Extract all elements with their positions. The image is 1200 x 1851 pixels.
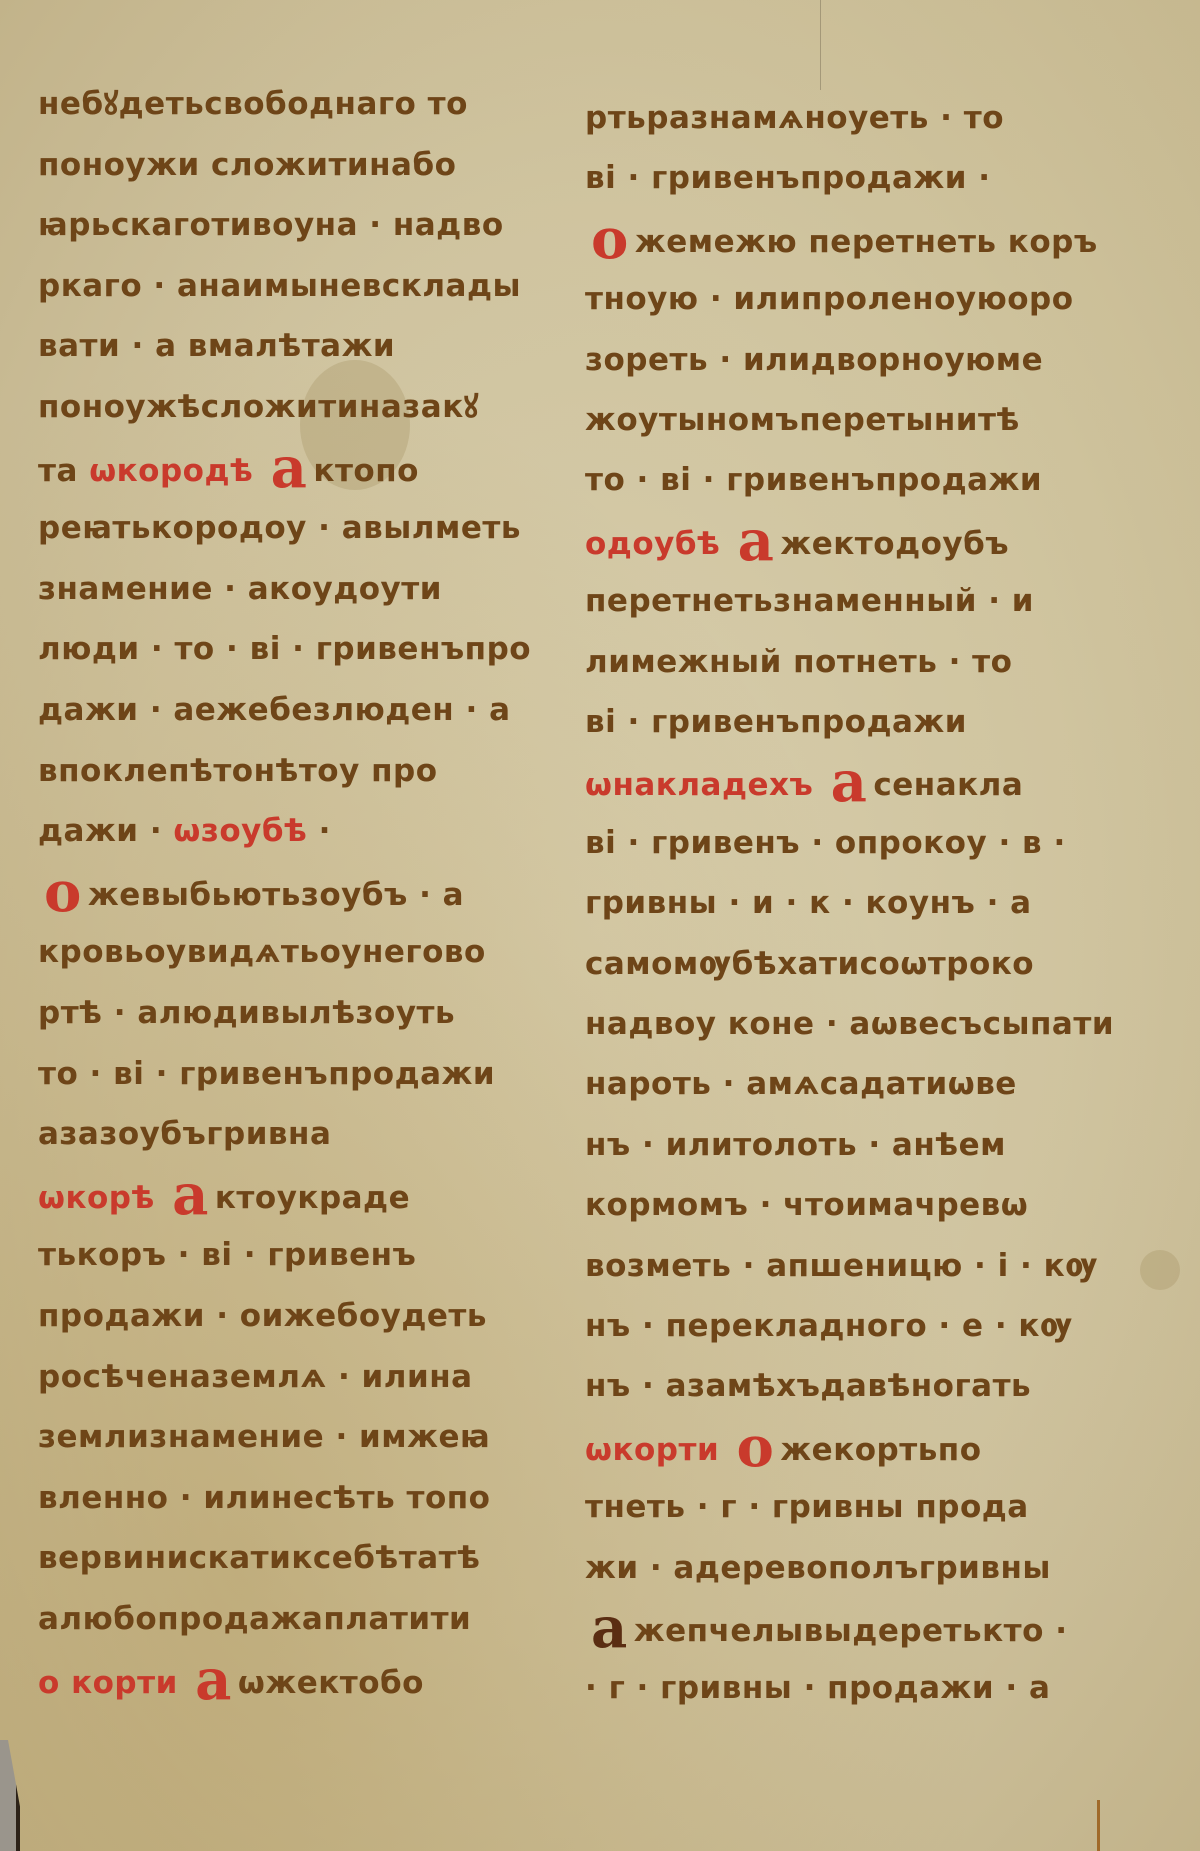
line-text: люди · то · ві · гривенъпро — [38, 631, 531, 667]
line-text: небꙋдетьсвободнаго то — [38, 86, 468, 122]
manuscript-line: алюбопродажаплатити — [38, 1599, 471, 1639]
manuscript-line: гривны · и · к · коунъ · а — [585, 883, 1032, 923]
line-text: сенакла — [873, 767, 1023, 803]
manuscript-line: зореть · илидворноуюме — [585, 340, 1043, 380]
manuscript-line: впоклепѣтонѣтоу про — [38, 751, 438, 791]
line-text: тноую · илипроленоуюоро — [585, 281, 1074, 317]
line-text: лимежный потнеть · то — [585, 644, 1012, 680]
line-text: дажи · — [38, 813, 162, 849]
manuscript-line: то · ві · гривенъпродажи — [38, 1054, 495, 1094]
manuscript-line: тнеть · г · гривны прода — [585, 1487, 1029, 1527]
line-text: жектодоубъ — [780, 526, 1009, 562]
line-text: надвоу коне · аѡвесъсыпати — [585, 1006, 1114, 1042]
manuscript-line: землизнамение · имжеꙗ — [38, 1417, 490, 1457]
manuscript-line: ѡнакладехъ Асенакла — [585, 762, 1023, 805]
line-text: жекортьпо — [780, 1432, 981, 1468]
line-text: росѣченаземлѧ · илина — [38, 1359, 473, 1395]
manuscript-line: поноужи сложитинабо — [38, 145, 456, 185]
manuscript-line: Ажепчелывыдеретькто · — [585, 1608, 1068, 1651]
line-text: нароть · амѧсадатиѡве — [585, 1066, 1017, 1102]
stain — [1140, 1250, 1180, 1290]
rubric-initial: А — [271, 448, 308, 488]
manuscript-line: лимежный потнеть · то — [585, 642, 1012, 682]
rubric-heading: одоубѣ — [585, 526, 720, 562]
line-text: жепчелывыдеретькто · — [634, 1613, 1068, 1649]
manuscript-line: · г · гривны · продажи · а — [585, 1668, 1050, 1708]
manuscript-line: кормомъ · чтоимачревѡ — [585, 1185, 1028, 1225]
line-text: ктоукраде — [215, 1180, 410, 1216]
ink-initial: А — [591, 1608, 628, 1648]
manuscript-line: знамение · акоудоути — [38, 569, 442, 609]
line-text: землизнамение · имжеꙗ — [38, 1419, 490, 1455]
manuscript-line: поноужѣсложитиназакꙋ — [38, 387, 479, 427]
manuscript-line: ві · гривенъ · опрокоу · в · — [585, 823, 1066, 863]
line-text: самомѹбѣхатисоѡтроко — [585, 946, 1034, 982]
manuscript-line: вленно · илинесѣть топо — [38, 1478, 490, 1518]
line-text: поноужи сложитинабо — [38, 147, 456, 183]
manuscript-line: нъ · илитолоть · анѣем — [585, 1125, 1006, 1165]
manuscript-line: о корти Аѡжектобо — [38, 1660, 424, 1703]
line-text: алюбопродажаплатити — [38, 1601, 471, 1637]
manuscript-line: ртѣ · алюдивылѣзоуть — [38, 993, 455, 1033]
rubric-heading: ѡкорти — [585, 1432, 719, 1468]
manuscript-line: тноую · илипроленоуюоро — [585, 279, 1074, 319]
rubric-initial: О — [736, 1427, 774, 1467]
manuscript-line: кровьоувидѧтьоунегово — [38, 932, 486, 972]
line-text: ві · гривенъ · опрокоу · в · — [585, 825, 1066, 861]
manuscript-line: продажи · оижебоудеть — [38, 1296, 487, 1336]
line-text: гривны · и · к · коунъ · а — [585, 885, 1032, 921]
line-text: знамение · акоудоути — [38, 571, 442, 607]
line-text: · г · гривны · продажи · а — [585, 1670, 1050, 1706]
line-text: жоутыномъперетынитѣ — [585, 402, 1020, 438]
rubric-initial: О — [44, 872, 82, 912]
manuscript-line: возметь · апшеницю · і · кѹ — [585, 1246, 1098, 1286]
manuscript-line: надвоу коне · аѡвесъсыпати — [585, 1004, 1114, 1044]
torn-edge — [0, 1740, 20, 1851]
line-text: ѡжектобо — [238, 1665, 424, 1701]
manuscript-line: ꙗрьскаготивоуна · надво — [38, 205, 504, 245]
rubric-heading: ѡкородѣ — [89, 453, 253, 489]
manuscript-line: нъ · азамѣхъдавѣногать — [585, 1366, 1031, 1406]
rubric-heading: о корти — [38, 1665, 178, 1701]
ink-stroke — [1097, 1800, 1100, 1851]
manuscript-line: люди · то · ві · гривенъпро — [38, 629, 531, 669]
manuscript-line: ртьразнамѧноуеть · то — [585, 98, 1004, 138]
manuscript-line: ркаго · анаимыневсклады — [38, 266, 521, 306]
rubric-heading: ѡкорѣ — [38, 1180, 155, 1216]
manuscript-line: ві · гривенъпродажи · — [585, 158, 991, 198]
line-text: ртѣ · алюдивылѣзоуть — [38, 995, 455, 1031]
line-text: азазоубъгривна — [38, 1116, 331, 1152]
line-text: нъ · илитолоть · анѣем — [585, 1127, 1006, 1163]
line-text: вленно · илинесѣть топо — [38, 1480, 490, 1516]
rubric-heading: ѡнакладехъ — [585, 767, 813, 803]
manuscript-line: Ожемежю перетнеть коръ — [585, 219, 1098, 262]
line-text: жи · адеревополъгривны — [585, 1550, 1051, 1586]
line-text: нъ · азамѣхъдавѣногать — [585, 1368, 1031, 1404]
manuscript-line: та ѡкородѣ Актопо — [38, 448, 419, 491]
manuscript-line: росѣченаземлѧ · илина — [38, 1357, 473, 1397]
manuscript-page: небꙋдетьсвободнаго топоноужи сложитинабо… — [0, 0, 1200, 1851]
rubric-initial: А — [172, 1175, 209, 1215]
line-text: вати · а вмалѣтажи — [38, 328, 395, 364]
line-text: нъ · перекладного · е · кѹ — [585, 1308, 1073, 1344]
manuscript-line: самомѹбѣхатисоѡтроко — [585, 944, 1034, 984]
line-text: зореть · илидворноуюме — [585, 342, 1043, 378]
manuscript-line: дажи · ѡзоубѣ · — [38, 811, 331, 851]
line-text: жевыбьютьзоубъ · а — [88, 877, 464, 913]
line-text: то · ві · гривенъпродажи — [585, 462, 1042, 498]
manuscript-line: тькоръ · ві · гривенъ — [38, 1235, 416, 1275]
manuscript-line: азазоубъгривна — [38, 1114, 331, 1154]
line-text: ркаго · анаимыневсклады — [38, 268, 521, 304]
line-text: ві · гривенъпродажи — [585, 704, 967, 740]
line-text: продажи · оижебоудеть — [38, 1298, 487, 1334]
manuscript-line: жоутыномъперетынитѣ — [585, 400, 1020, 440]
line-text: ртьразнамѧноуеть · то — [585, 100, 1004, 136]
manuscript-line: Ожевыбьютьзоубъ · а — [38, 872, 464, 915]
manuscript-line: ві · гривенъпродажи — [585, 702, 967, 742]
manuscript-line: вати · а вмалѣтажи — [38, 326, 395, 366]
manuscript-line: жи · адеревополъгривны — [585, 1548, 1051, 1588]
line-text: впоклепѣтонѣтоу про — [38, 753, 438, 789]
manuscript-line: ѡкорти Ожекортьпо — [585, 1427, 982, 1470]
rubric-heading: ѡзоубѣ — [173, 813, 307, 849]
line-text: тнеть · г · гривны прода — [585, 1489, 1029, 1525]
line-text: ктопо — [313, 453, 419, 489]
line-text: возметь · апшеницю · і · кѹ — [585, 1248, 1098, 1284]
line-text: дажи · аежебезлюден · а — [38, 692, 511, 728]
line-text: перетнетьзнаменный · и — [585, 583, 1034, 619]
line-text: кормомъ · чтоимачревѡ — [585, 1187, 1028, 1223]
line-text: ꙗрьскаготивоуна · надво — [38, 207, 504, 243]
manuscript-line: одоубѣ Ажектодоубъ — [585, 521, 1009, 564]
line-text: · — [319, 813, 331, 849]
line-text: тькоръ · ві · гривенъ — [38, 1237, 416, 1273]
manuscript-line: вервинискатиксебѣтатѣ — [38, 1538, 480, 1578]
manuscript-line: нароть · амѧсадатиѡве — [585, 1064, 1017, 1104]
manuscript-line: нъ · перекладного · е · кѹ — [585, 1306, 1073, 1346]
rubric-initial: А — [738, 521, 775, 561]
manuscript-line: ѡкорѣ Актоукраде — [38, 1175, 410, 1218]
line-text: жемежю перетнеть коръ — [635, 224, 1098, 260]
rubric-initial: А — [195, 1660, 232, 1700]
manuscript-line: небꙋдетьсвободнаго то — [38, 84, 468, 124]
line-text: ві · гривенъпродажи · — [585, 160, 991, 196]
manuscript-line: дажи · аежебезлюден · а — [38, 690, 511, 730]
manuscript-line: то · ві · гривенъпродажи — [585, 460, 1042, 500]
line-text: вервинискатиксебѣтатѣ — [38, 1540, 480, 1576]
line-text: поноужѣсложитиназакꙋ — [38, 389, 479, 425]
fold-crease — [820, 0, 821, 90]
line-text: реꙗтькородоу · авылметь — [38, 510, 521, 546]
line-text: кровьоувидѧтьоунегово — [38, 934, 486, 970]
rubric-initial: А — [831, 762, 868, 802]
manuscript-line: перетнетьзнаменный · и — [585, 581, 1034, 621]
manuscript-line: реꙗтькородоу · авылметь — [38, 508, 521, 548]
line-text: то · ві · гривенъпродажи — [38, 1056, 495, 1092]
rubric-initial: О — [591, 219, 629, 259]
line-text: та — [38, 453, 78, 489]
